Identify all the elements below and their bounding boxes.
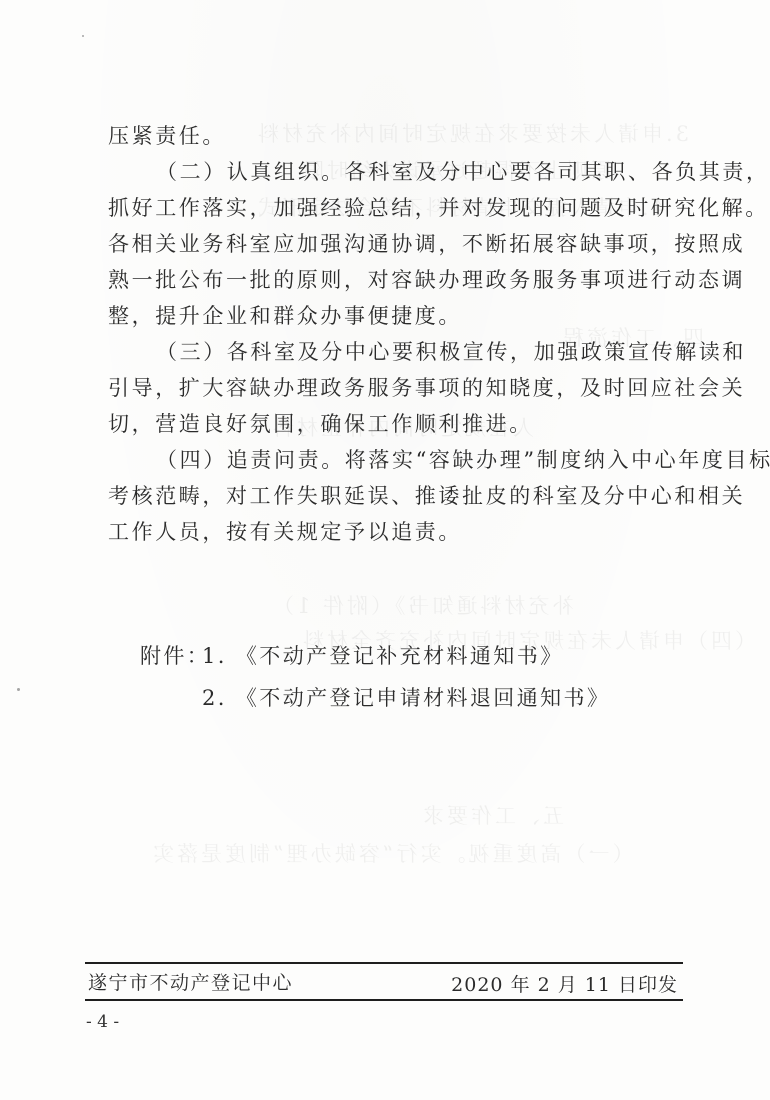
text-line: 引导，扩大容缺办理政务服务事项的知晓度，及时回应社会关 xyxy=(108,370,688,406)
attachment-item-1: 1. 《不动产登记补充材料通知书》 xyxy=(202,640,564,670)
text-line: 各相关业务科室应加强沟通协调，不断拓展容缺事项，按照成 xyxy=(108,226,688,262)
scan-speck xyxy=(17,688,20,691)
text-line: 抓好工作落实，加强经验总结，并对发现的问题及时研究化解。 xyxy=(108,190,688,226)
text-line: 压紧责任。 xyxy=(108,118,688,154)
text-line: 整，提升企业和群众办事便捷度。 xyxy=(108,298,688,334)
text-line: 考核范畴，对工作失职延误、推诿扯皮的科室及分中心和相关 xyxy=(108,478,688,514)
attachments-label: 附件： xyxy=(140,640,210,670)
document-page: 3.申请人未按要求在规定时间内补充材料 原则上不得超过承诺办结时限 4.申请人提… xyxy=(0,0,770,1100)
bleed-through-text: （一）高度重视。实行“容缺办理”制度是落实 xyxy=(150,838,633,868)
bleed-through-text: 五、工作要求 xyxy=(420,800,564,830)
issue-date: 2020 年 2 月 11 日印发 xyxy=(451,970,678,997)
text-line: 工作人员，按有关规定予以追责。 xyxy=(108,514,688,550)
bleed-through-text: 补充材料通知书》（附件 1） xyxy=(270,590,574,620)
paragraph-section-3: （三）各科室及分中心要积极宣传，加强政策宣传解读和 引导，扩大容缺办理政务服务事… xyxy=(108,334,688,442)
issuing-organization: 遂宁市不动产登记中心 xyxy=(88,968,293,995)
text-line: （二）认真组织。各科室及分中心要各司其职、各负其责， xyxy=(108,154,688,190)
text-line: 切，营造良好氛围，确保工作顺利推进。 xyxy=(108,406,688,442)
footer-rule-bottom xyxy=(85,999,683,1001)
text-line: （四）追责问责。将落实“容缺办理”制度纳入中心年度目标 xyxy=(108,442,688,478)
paragraph-section-2: （二）认真组织。各科室及分中心要各司其职、各负其责， 抓好工作落实，加强经验总结… xyxy=(108,154,688,334)
paragraph-continuation: 压紧责任。 xyxy=(108,118,688,154)
footer-rule-top xyxy=(85,962,683,964)
text-line: （三）各科室及分中心要积极宣传，加强政策宣传解读和 xyxy=(108,334,688,370)
page-number: - 4 - xyxy=(86,1012,119,1032)
text-line: 熟一批公布一批的原则，对容缺办理政务服务事项进行动态调 xyxy=(108,262,688,298)
document-body: 压紧责任。 （二）认真组织。各科室及分中心要各司其职、各负其责， 抓好工作落实，… xyxy=(108,118,688,550)
scan-speck xyxy=(82,35,84,37)
attachment-item-2: 2. 《不动产登记申请材料退回通知书》 xyxy=(202,682,610,712)
paragraph-section-4: （四）追责问责。将落实“容缺办理”制度纳入中心年度目标 考核范畴，对工作失职延误… xyxy=(108,442,688,550)
